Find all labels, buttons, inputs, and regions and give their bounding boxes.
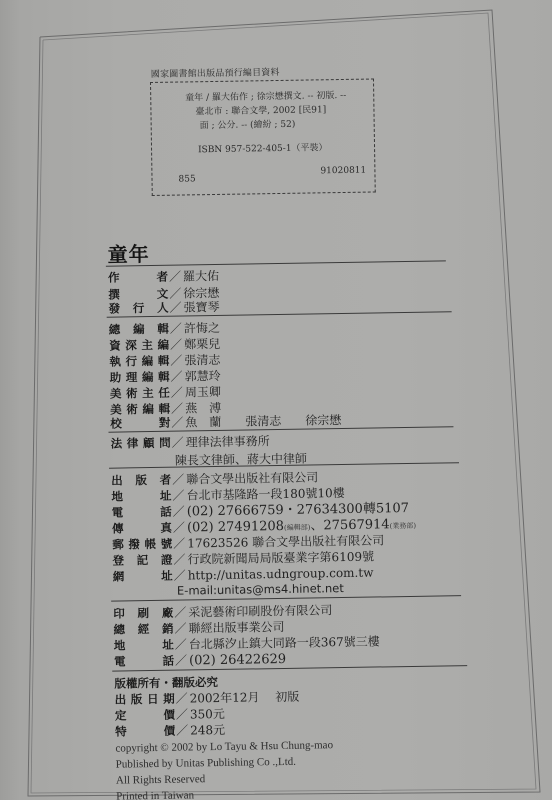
editorial-value: 周玉卿 — [185, 385, 221, 400]
pub-info-label: 特 價 — [115, 724, 175, 739]
cip-line-2: 臺北市 : 聯合文學, 2002 [民91] — [195, 102, 326, 117]
legal-value: 理律法律事務所 — [186, 434, 270, 449]
pub-info-label: 出版日期 — [115, 692, 175, 707]
publisher-label: 地 址 — [111, 489, 171, 504]
publisher-label: 出版者 — [111, 473, 171, 488]
editorial-label: 助理編輯 — [110, 370, 170, 385]
editorial-row: 助理編輯／郭慧玲 — [110, 369, 221, 385]
editorial-value: 張清志 — [184, 353, 220, 368]
email-address: E-mail:unitas@ms4.hinet.net — [177, 581, 344, 598]
publisher-value: (02) 27491208 — [187, 520, 284, 536]
website-url: http://unitas.udngroup.com.tw — [188, 566, 374, 583]
legal-row: 法律顧問／理律法律事務所 — [111, 434, 270, 450]
editorial-row: 資深主編／鄭栗兒 — [109, 337, 220, 353]
publisher-label: 傳 真 — [112, 521, 172, 536]
publisher-label: 登記證 — [112, 553, 172, 568]
editorial-value: 鄭栗兒 — [184, 337, 220, 352]
editorial-row: 美術主任／周玉卿 — [110, 385, 221, 401]
publisher-row: 登記證／行政院新聞局局版臺業字第6109號 — [112, 550, 374, 568]
cip-record-box: 童年 / 羅大佑作 ; 徐宗懋撰文. -- 初版. -- 臺北市 : 聯合文學,… — [150, 78, 376, 196]
editorial-value: 許悔之 — [184, 321, 220, 336]
pub-info-value: 350元 — [190, 707, 225, 722]
publisher-row: 出版者／聯合文學出版社有限公司 — [111, 470, 318, 487]
editorial-label: 資深主編 — [109, 338, 169, 353]
publisher-english-line: Published by Unitas Publishing Co .,Ltd. — [116, 756, 296, 771]
editorial-value: 郭慧玲 — [185, 369, 221, 384]
printing-row: 印刷廠／采泥藝術印刷股份有限公司 — [113, 603, 332, 620]
printing-row: 電 話／(02) 26422629 — [114, 652, 286, 670]
cip-record-number: 91020811 — [320, 166, 366, 177]
printing-value: 聯經出版事業公司 — [188, 620, 284, 636]
fax-note-business: (業務部) — [390, 519, 417, 533]
publisher-label: 網 址 — [113, 569, 173, 584]
cip-heading: 國家圖書館出版品預行編目資料 — [151, 65, 280, 80]
pub-info-label: 定 價 — [115, 708, 175, 723]
editorial-label: 美術主任 — [110, 386, 170, 401]
cip-line-3: 面 ; 公分. -- (繪紛 ; 52) — [200, 117, 296, 132]
editorial-row: 執行編輯／張清志 — [109, 353, 220, 369]
editorial-label: 總編輯 — [109, 322, 169, 337]
editorial-label: 校 對 — [110, 416, 170, 431]
publisher-divider — [111, 595, 461, 601]
printing-label: 電 話 — [114, 654, 174, 669]
printing-row: 總經銷／聯經出版事業公司 — [113, 620, 284, 637]
credit-row: 發行人／張寶琴 — [108, 300, 219, 316]
fax-note-editorial: (編輯部) — [284, 521, 311, 535]
publisher-value: 台北市基隆路一段180號10樓 — [186, 486, 344, 502]
pub-info-row: 定 價／350元 — [115, 707, 225, 723]
editorial-label: 美術編輯 — [110, 402, 170, 417]
credit-label: 撰 文 — [108, 287, 168, 302]
printed-in-line: Printed in Taiwan — [116, 789, 194, 800]
credit-value: 張寶琴 — [183, 300, 219, 315]
publisher-row: 地 址／台北市基隆路一段180號10樓 — [111, 486, 344, 504]
publisher-value: 聯合文學出版社有限公司 — [186, 470, 318, 486]
editorial-value: 燕 溥 — [185, 401, 221, 416]
printing-label: 印刷廠 — [113, 606, 173, 621]
copyright-line: copyright © 2002 by Lo Tayu & Hsu Chung-… — [115, 739, 333, 754]
publisher-row: 郵撥帳號／17623526 聯合文學出版社有限公司 — [112, 533, 384, 551]
publisher-value-2: 、27567914 — [310, 518, 389, 533]
credit-label: 發行人 — [108, 301, 168, 316]
rights-notice: 版權所有・翻版必究 — [114, 675, 218, 691]
printing-row: 地 址／台北縣汐止鎮大同路一段367號三樓 — [114, 634, 380, 652]
rights-reserved-line: All Rights Reserved — [116, 773, 205, 786]
printing-value: (02) 26422629 — [189, 653, 286, 669]
cip-isbn: ISBN 957-522-405-1（平裝） — [198, 140, 328, 155]
credit-value: 徐宗懋 — [183, 286, 219, 301]
scanned-copyright-page: 國家圖書館出版品預行編目資料 童年 / 羅大佑作 ; 徐宗懋撰文. -- 初版.… — [0, 0, 552, 800]
pub-info-value: 2002年12月 初版 — [190, 690, 300, 706]
printing-label: 總經銷 — [113, 622, 173, 637]
pub-info-value: 248元 — [190, 723, 225, 738]
editorial-row: 總編輯／許悔之 — [109, 321, 220, 337]
book-title: 童年 — [107, 238, 149, 268]
cip-line-1: 童年 / 羅大佑作 ; 徐宗懋撰文. -- 初版. -- — [185, 88, 346, 104]
editorial-label: 執行編輯 — [109, 354, 169, 369]
publisher-value: 行政院新聞局局版臺業字第6109號 — [187, 550, 374, 567]
credit-value: 羅大佑 — [183, 269, 219, 284]
credit-row: 作 者／羅大佑 — [108, 269, 219, 285]
printing-value: 采泥藝術印刷股份有限公司 — [188, 603, 332, 619]
publisher-label: 郵撥帳號 — [112, 537, 172, 552]
printing-value: 台北縣汐止鎮大同路一段367號三樓 — [189, 634, 380, 651]
cip-class-number: 855 — [178, 174, 195, 184]
credit-label: 作 者 — [108, 270, 168, 285]
copyright-page-content: 國家圖書館出版品預行編目資料 童年 / 羅大佑作 ; 徐宗懋撰文. -- 初版.… — [0, 0, 552, 800]
pub-info-row: 特 價／248元 — [115, 723, 225, 739]
pub-info-row: 出版日期／2002年12月 初版 — [115, 690, 300, 707]
publisher-value: 17623526 聯合文學出版社有限公司 — [187, 533, 384, 550]
editorial-value: 魚 蘭 張清志 徐宗懋 — [185, 413, 341, 429]
printing-label: 地 址 — [114, 638, 174, 653]
legal-label: 法律顧問 — [111, 436, 171, 451]
publisher-label: 電 話 — [112, 505, 172, 520]
title-divider — [106, 260, 446, 266]
